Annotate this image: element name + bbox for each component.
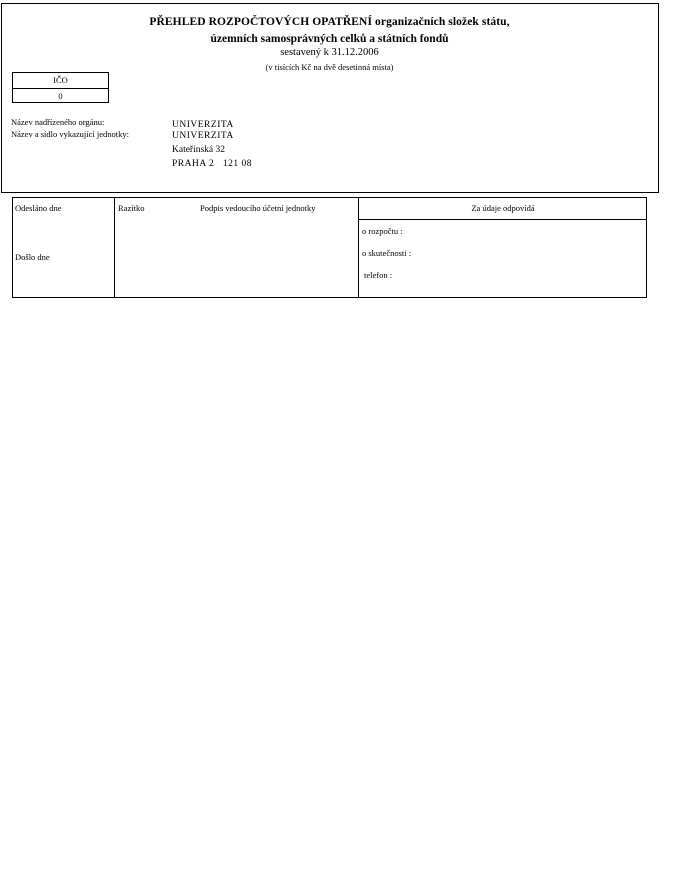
signature-label: Podpis vedoucího účetní jednotky (200, 203, 315, 213)
ico-box: IČO 0 (12, 72, 109, 103)
reporting-unit-name: UNIVERZITA (172, 131, 234, 141)
sent-date-label: Odesláno dne (15, 203, 62, 213)
reporting-unit-label: Název a sídlo vykazující jednotky: (11, 129, 129, 139)
responsible-budget-label: o rozpočtu : (362, 226, 403, 236)
header-divider (359, 219, 646, 220)
received-date-label: Došlo dne (15, 252, 50, 262)
responsible-actuals-label: o skutečnosti : (362, 248, 411, 258)
ico-value: 0 (13, 88, 108, 104)
column-divider (114, 198, 115, 297)
parent-organ-value: UNIVERZITA (172, 120, 234, 130)
signature-table: Odesláno dne Došlo dne Razítko Podpis ve… (12, 197, 647, 298)
units-note: (v tisících Kč na dvě desetinná místa) (0, 62, 659, 72)
report-subtitle: územních samosprávných celků a státních … (0, 33, 659, 45)
reporting-unit-city: PRAHA 2 121 08 (172, 159, 252, 169)
report-title: PŘEHLED ROZPOČTOVÝCH OPATŘENÍ organizačn… (0, 16, 659, 28)
report-date: sestavený k 31.12.2006 (0, 47, 659, 58)
responsible-header: Za údaje odpovídá (359, 203, 647, 213)
parent-organ-label: Název nadřízeného orgánu: (11, 117, 104, 127)
phone-label: telefon : (364, 270, 392, 280)
ico-label: IČO (13, 73, 108, 88)
stamp-label: Razítko (118, 203, 144, 213)
reporting-unit-street: Kateřinská 32 (172, 145, 225, 155)
